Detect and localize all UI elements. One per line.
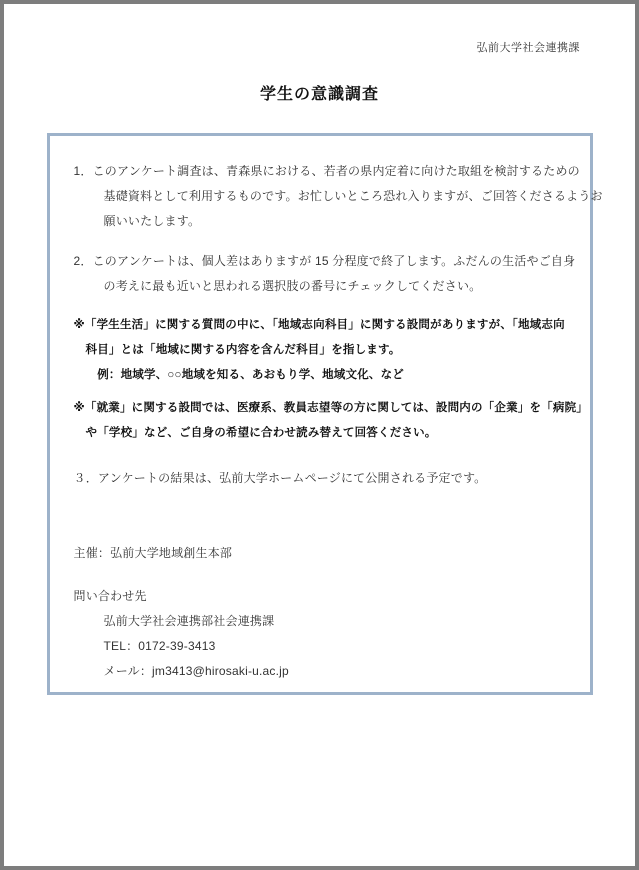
page-title: 学生の意識調査 (4, 85, 635, 105)
notice-box: 1．このアンケート調査は、青森県における、若者の県内定着に向けた取組を検討するた… (47, 133, 593, 695)
note-student-life: ※「学生生活」に関する質問の中に、「地域志向科目」に関する設問がありますが、「地… (74, 313, 584, 388)
instruction-item-3: ３．アンケートの結果は、弘前大学ホームページにて公開される予定です。 (74, 466, 584, 491)
instruction-item-1: 1．このアンケート調査は、青森県における、若者の県内定着に向けた取組を検討するた… (74, 159, 584, 234)
organizer-line: 主催：弘前大学地域創生本部 (74, 541, 584, 566)
department-name: 弘前大学社会連携課 (4, 40, 635, 56)
instruction-item-2: 2．このアンケートは、個人差はありますが 15 分程度で終了します。ふだんの生活… (74, 249, 584, 299)
contact-details: 弘前大学社会連携部社会連携課 TEL：0172-39-3413 メール：jm34… (74, 609, 584, 684)
survey-cover-page: 弘前大学社会連携課 学生の意識調査 1．このアンケート調査は、青森県における、若… (0, 0, 639, 870)
note-employment: ※「就業」に関する設問では、医療系、教員志望等の方に関しては、設問内の「企業」を… (74, 396, 584, 446)
contact-heading: 問い合わせ先 (74, 584, 584, 609)
